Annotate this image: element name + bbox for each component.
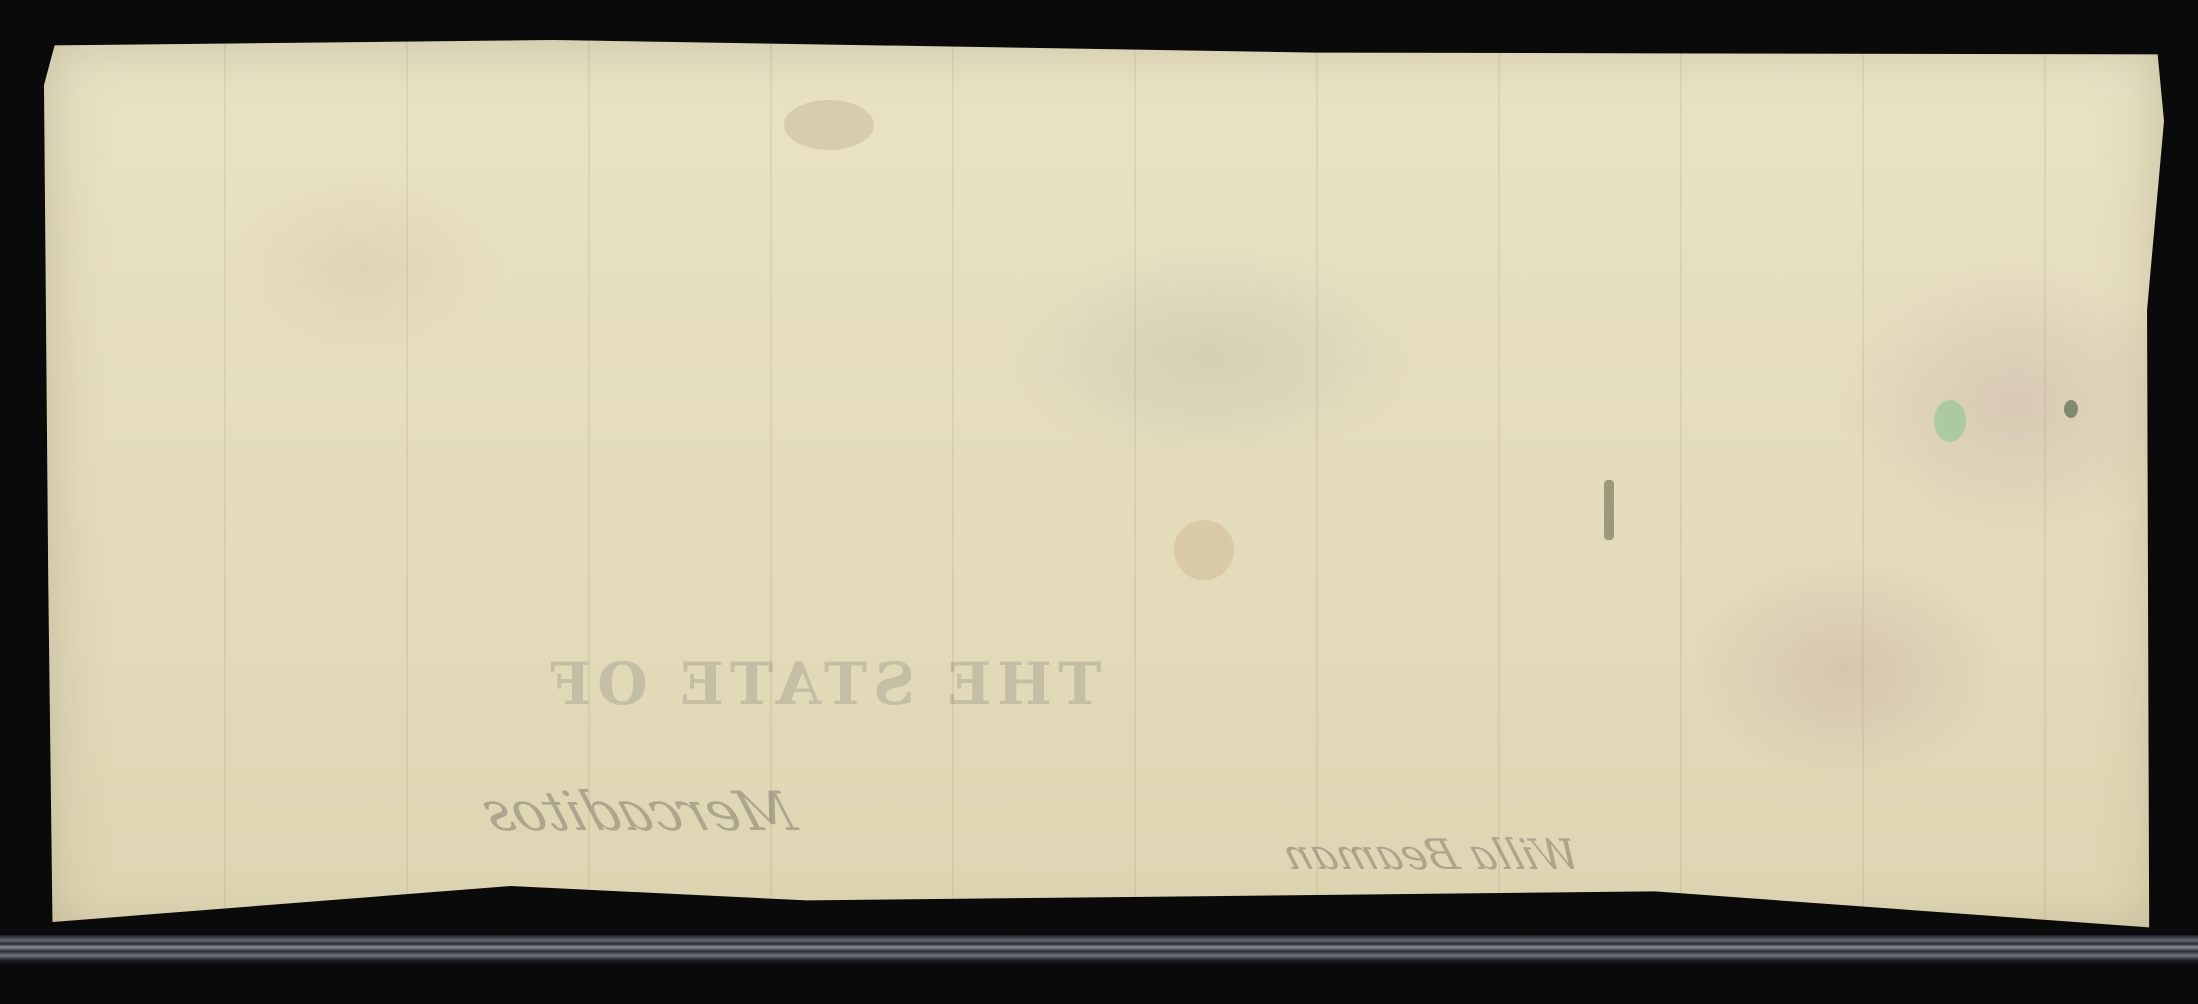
dark-spot <box>1604 480 1614 540</box>
bleed-through-heading: THE STATE OF <box>544 650 1101 718</box>
brown-stain <box>784 100 874 150</box>
bleed-through-signature-right: Willa Beaman <box>1276 830 1586 879</box>
banknote-reverse: THE STATE OF Mercaditos Willa Beaman <box>44 40 2164 940</box>
dark-spot <box>2064 400 2078 418</box>
brown-stain <box>1174 520 1234 580</box>
green-stain <box>1934 400 1966 442</box>
bleed-through-signature-left: Mercaditos <box>474 780 804 843</box>
holder-edge <box>0 935 2198 965</box>
